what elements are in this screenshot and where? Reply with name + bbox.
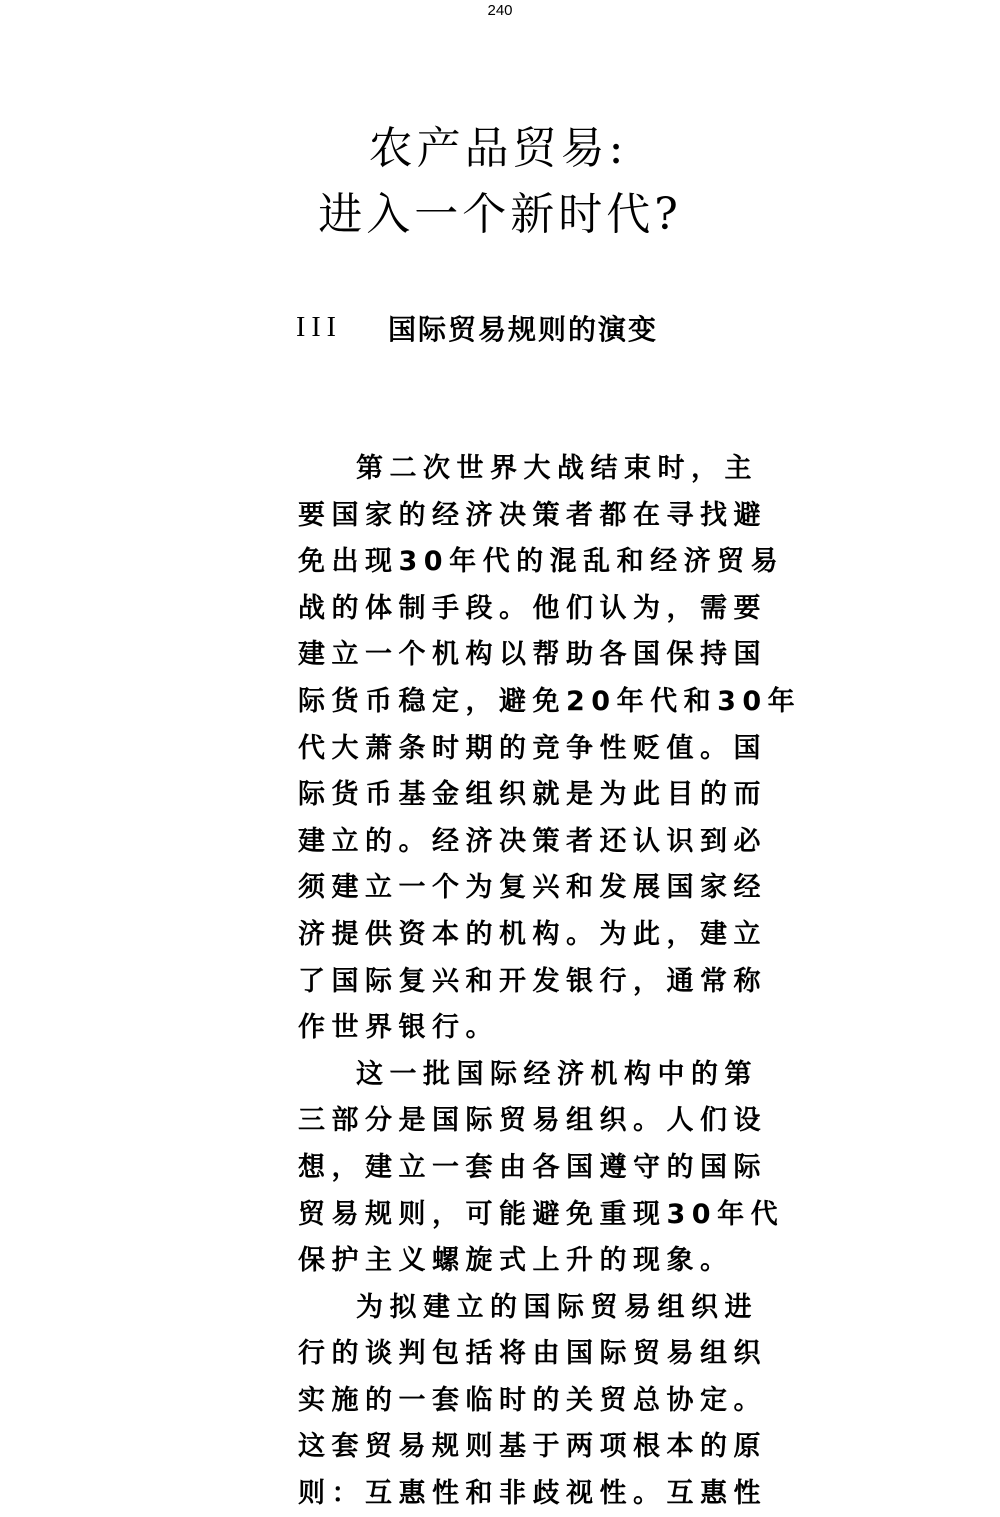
text-line: 三部分是国际贸易组织。人们设	[298, 1098, 706, 1145]
page-number: 240	[0, 2, 1000, 20]
text-line: 际货币基金组织就是为此目的而	[298, 772, 706, 819]
text-line: 了国际复兴和开发银行，通常称	[298, 959, 706, 1006]
text-line: 际货币稳定，避免20年代和30年	[298, 679, 706, 726]
section-title: 国际贸易规则的演变	[388, 308, 658, 348]
paragraph-2: 这一批国际经济机构中的第 三部分是国际贸易组织。人们设 想，建立一套由各国遵守的…	[298, 1052, 706, 1285]
chapter-title-line-1: 农产品贸易:	[0, 124, 998, 174]
paragraph-3: 为拟建立的国际贸易组织进 行的谈判包括将由国际贸易组织 实施的一套临时的关贸总协…	[298, 1285, 706, 1517]
paragraph-1: 第二次世界大战结束时，主 要国家的经济决策者都在寻找避 免出现30年代的混乱和经…	[298, 446, 706, 1052]
text-line: 则：互惠性和非歧视性。互惠性	[298, 1471, 706, 1517]
section-heading: III 国际贸易规则的演变	[296, 308, 658, 348]
text-line: 第二次世界大战结束时，主	[298, 446, 706, 493]
text-line: 这一批国际经济机构中的第	[298, 1052, 706, 1099]
text-line: 建立的。经济决策者还认识到必	[298, 819, 706, 866]
text-line: 代大萧条时期的竞争性贬值。国	[298, 726, 706, 773]
text-line: 免出现30年代的混乱和经济贸易	[298, 539, 706, 586]
text-line: 贸易规则，可能避免重现30年代	[298, 1192, 706, 1239]
text-line: 实施的一套临时的关贸总协定。	[298, 1378, 706, 1425]
text-line: 济提供资本的机构。为此，建立	[298, 912, 706, 959]
text-line: 建立一个机构以帮助各国保持国	[298, 632, 706, 679]
text-line: 这套贸易规则基于两项根本的原	[298, 1424, 706, 1471]
text-line: 保护主义螺旋式上升的现象。	[298, 1238, 706, 1285]
text-line: 行的谈判包括将由国际贸易组织	[298, 1331, 706, 1378]
text-line: 为拟建立的国际贸易组织进	[298, 1285, 706, 1332]
text-line: 想，建立一套由各国遵守的国际	[298, 1145, 706, 1192]
section-number: III	[296, 312, 388, 344]
text-line: 战的体制手段。他们认为，需要	[298, 586, 706, 633]
text-line: 要国家的经济决策者都在寻找避	[298, 493, 706, 540]
body-text: 第二次世界大战结束时，主 要国家的经济决策者都在寻找避 免出现30年代的混乱和经…	[298, 446, 706, 1517]
text-line: 作世界银行。	[298, 1005, 706, 1052]
chapter-title-line-2: 进入一个新时代?	[0, 190, 1000, 240]
text-line: 须建立一个为复兴和发展国家经	[298, 865, 706, 912]
